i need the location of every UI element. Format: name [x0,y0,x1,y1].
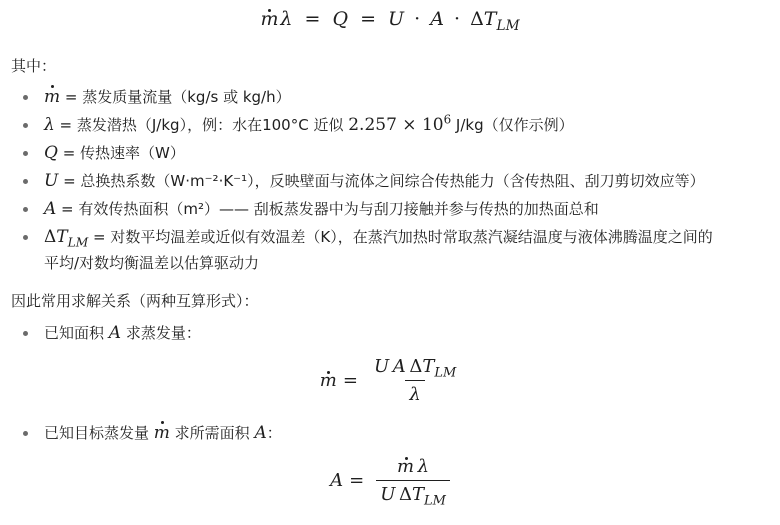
definition-text: = 有效传热面积（m²）—— 刮板蒸发器中为与刮刀接触并参与传热的加热面总和 [56,200,599,218]
case-text-after: 求蒸发量： [121,324,201,342]
denominator: U ΔTLM [376,480,450,505]
dot-operator: · [454,8,460,30]
mdot-symbol: m [320,370,337,391]
formula-required-area: A = m λ U ΔTLM [0,456,780,505]
definition-text: = 蒸发质量流量（kg/s 或 kg/h） [60,88,291,106]
fraction: m λ U ΔTLM [376,456,450,505]
bullet-icon [23,95,28,100]
bullet-icon [23,331,28,336]
q-symbol: Q [44,143,58,163]
bullet-icon [23,431,28,436]
mdot-symbol: m [154,420,170,446]
case-text: 已知目标蒸发量 [44,424,154,442]
definition-item-u: U = 总换热系数（W·m⁻²·K⁻¹），反映壁面与流体之间综合传热能力（含传热… [11,168,771,194]
bullet-icon [23,207,28,212]
bullet-icon [23,151,28,156]
definition-item-mdot: m = 蒸发质量流量（kg/s 或 kg/h） [11,84,771,110]
a-symbol: A [109,323,121,343]
mdot-symbol: m [260,8,278,30]
bullet-icon [23,235,28,240]
definition-item-q: Q = 传热速率（W） [11,140,771,166]
main-equation: m λ = Q = U · A · ΔTLM [0,8,780,30]
q-symbol: Q [332,8,348,30]
definition-text: = 传热速率（W） [58,144,185,162]
dot-operator: · [414,8,420,30]
definition-text: = 蒸发潜热（J/kg），例：水在100°C 近似 [55,116,348,134]
delta-t-symbol: ΔTLM [470,8,520,30]
case-text: 已知面积 [44,324,109,342]
fraction: U A ΔTLM λ [370,356,460,405]
a-symbol: A [430,8,444,30]
lambda-symbol: λ [44,115,55,135]
numerator: U A ΔTLM [370,356,460,380]
definition-item-delta-t: ΔTLM = 对数平均温差或近似有效温差（K），在蒸汽加热时常取蒸汽凝结温度与液… [11,224,771,276]
bullet-icon [23,123,28,128]
case-text-after: ： [267,424,282,442]
definition-item-lambda: λ = 蒸发潜热（J/kg），例：水在100°C 近似 2.257 × 106 … [11,112,771,138]
a-symbol: A [44,199,56,219]
latent-heat-value: 2.257 × 106 [348,115,451,135]
equals-sign: = [360,8,376,30]
u-symbol: U [388,8,404,30]
bullet-icon [23,179,28,184]
formula-evaporation-rate: m = U A ΔTLM λ [0,356,780,405]
u-symbol: U [44,171,58,191]
case-text-mid: 求所需面积 [170,424,255,442]
case-item-area-known: 已知面积 A 求蒸发量： [11,320,771,346]
case-item-rate-known: 已知目标蒸发量 m 求所需面积 A： [11,420,771,446]
definition-item-a: A = 有效传热面积（m²）—— 刮板蒸发器中为与刮刀接触并参与传热的加热面总和 [11,196,771,222]
mdot-symbol: m [44,84,60,110]
equals-sign: = [349,470,364,491]
denominator: λ [405,380,424,405]
where-label: 其中： [11,55,56,77]
lambda-symbol: λ [280,8,292,30]
delta-t-symbol: ΔTLM [44,227,88,247]
a-symbol: A [330,470,343,491]
definition-text: = 总换热系数（W·m⁻²·K⁻¹），反映壁面与流体之间综合传热能力（含传热阻、… [58,172,704,190]
definition-text: = 对数平均温差或近似有效温差（K），在蒸汽加热时常取蒸汽凝结温度与液体沸腾温度… [88,228,712,246]
definition-text-after: J/kg（仅作示例） [451,116,573,134]
definition-text-line2: 平均/对数均衡温差以估算驱动力 [44,254,259,272]
numerator: m λ [393,456,433,480]
equals-sign: = [343,370,358,391]
a-symbol: A [254,423,266,443]
equals-sign: = [304,8,320,30]
relations-intro: 因此常用求解关系（两种互算形式）： [11,290,259,312]
